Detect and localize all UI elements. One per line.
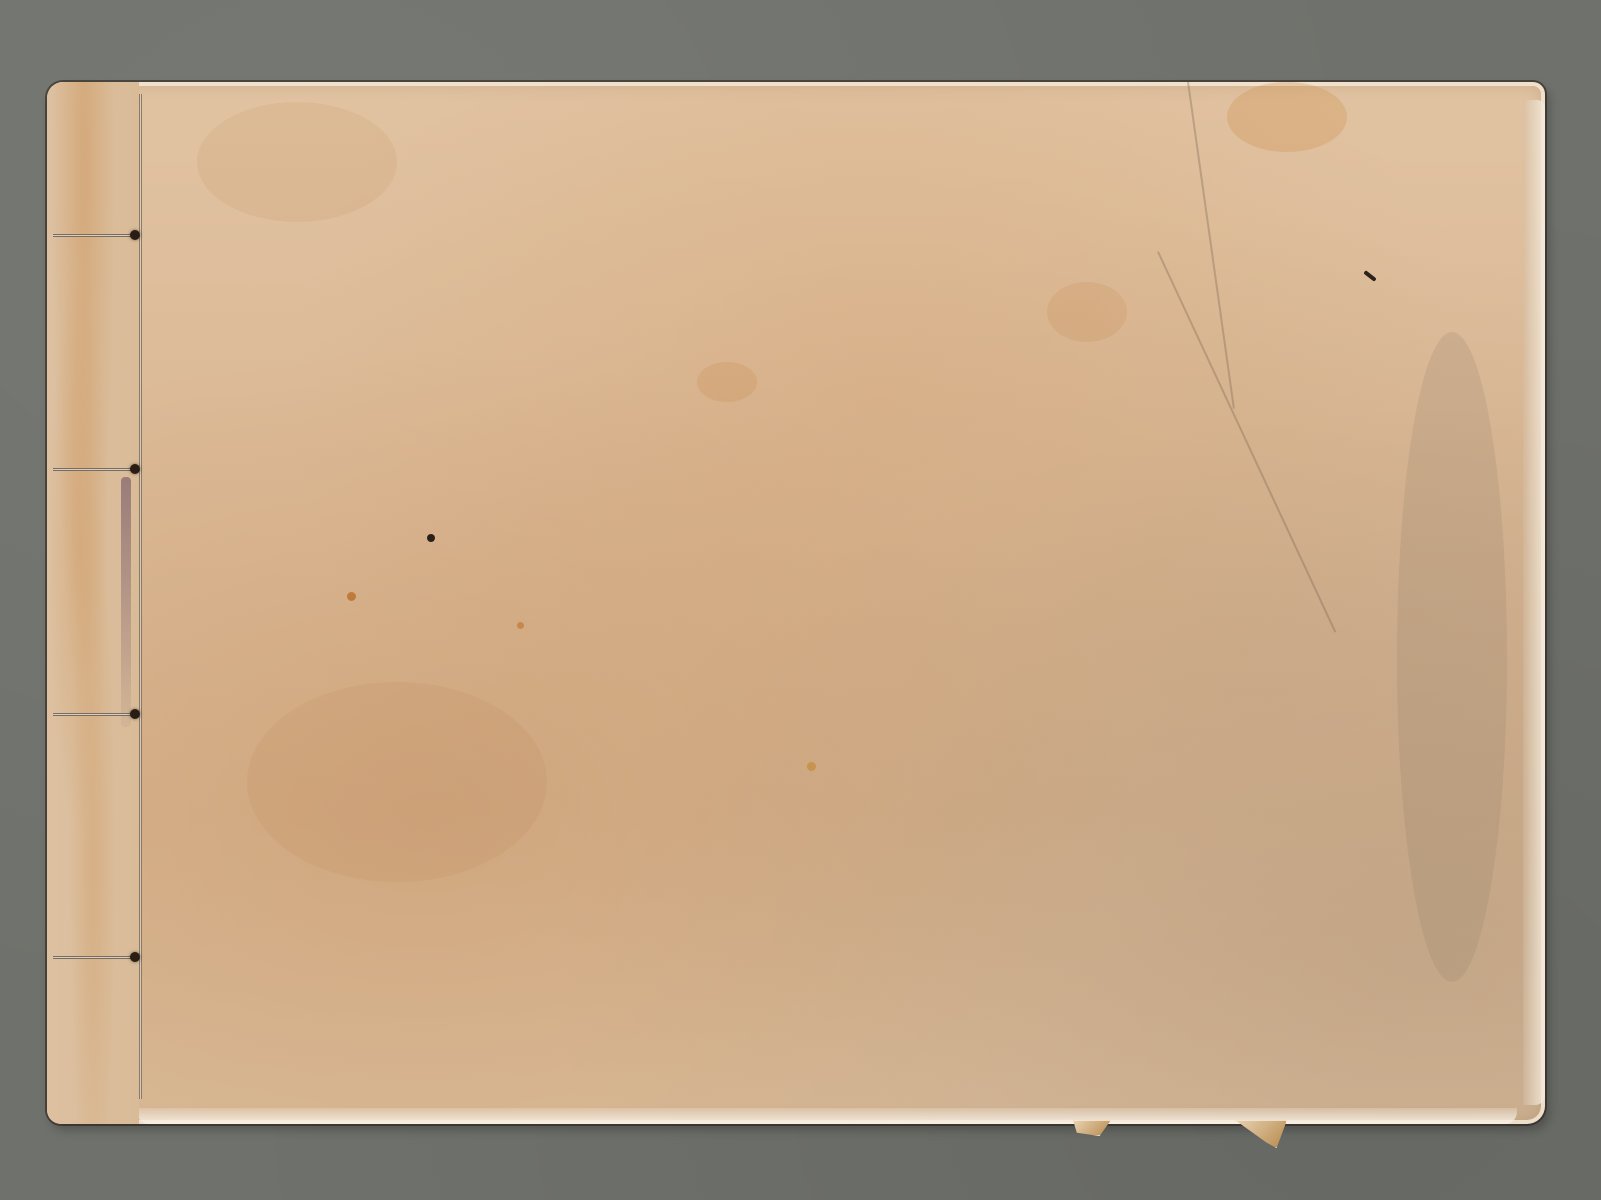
foxing-spot	[347, 592, 356, 601]
stain-patch	[697, 362, 757, 402]
page-edge-bottom	[137, 1108, 1517, 1124]
stitch-hole	[130, 952, 140, 962]
crease-line	[1187, 82, 1235, 409]
torn-paper-flake	[1073, 1120, 1111, 1136]
foxing-spot	[807, 762, 816, 771]
shadow-patch	[1397, 332, 1507, 982]
ink-stain	[121, 477, 131, 727]
stain-patch	[197, 102, 397, 222]
small-tear-mark	[1363, 270, 1376, 282]
stain-patch	[247, 682, 547, 882]
binding-stitch	[53, 234, 139, 237]
stain-patch	[1227, 82, 1347, 152]
binding-stitch	[53, 468, 139, 471]
book-cover	[47, 82, 1545, 1124]
stitch-hole	[130, 709, 140, 719]
page-edge-right	[1523, 100, 1545, 1105]
crease-line	[1157, 251, 1336, 632]
torn-paper-flake	[1235, 1120, 1287, 1148]
foxing-spot	[517, 622, 524, 629]
binding-stitch	[53, 956, 139, 959]
dark-spot	[427, 534, 435, 542]
stitch-hole	[130, 230, 140, 240]
stain-patch	[1047, 282, 1127, 342]
spine-binding-thread	[139, 94, 142, 1099]
binding-stitch	[53, 713, 139, 716]
photo-scene	[0, 0, 1601, 1200]
stitch-hole	[130, 464, 140, 474]
